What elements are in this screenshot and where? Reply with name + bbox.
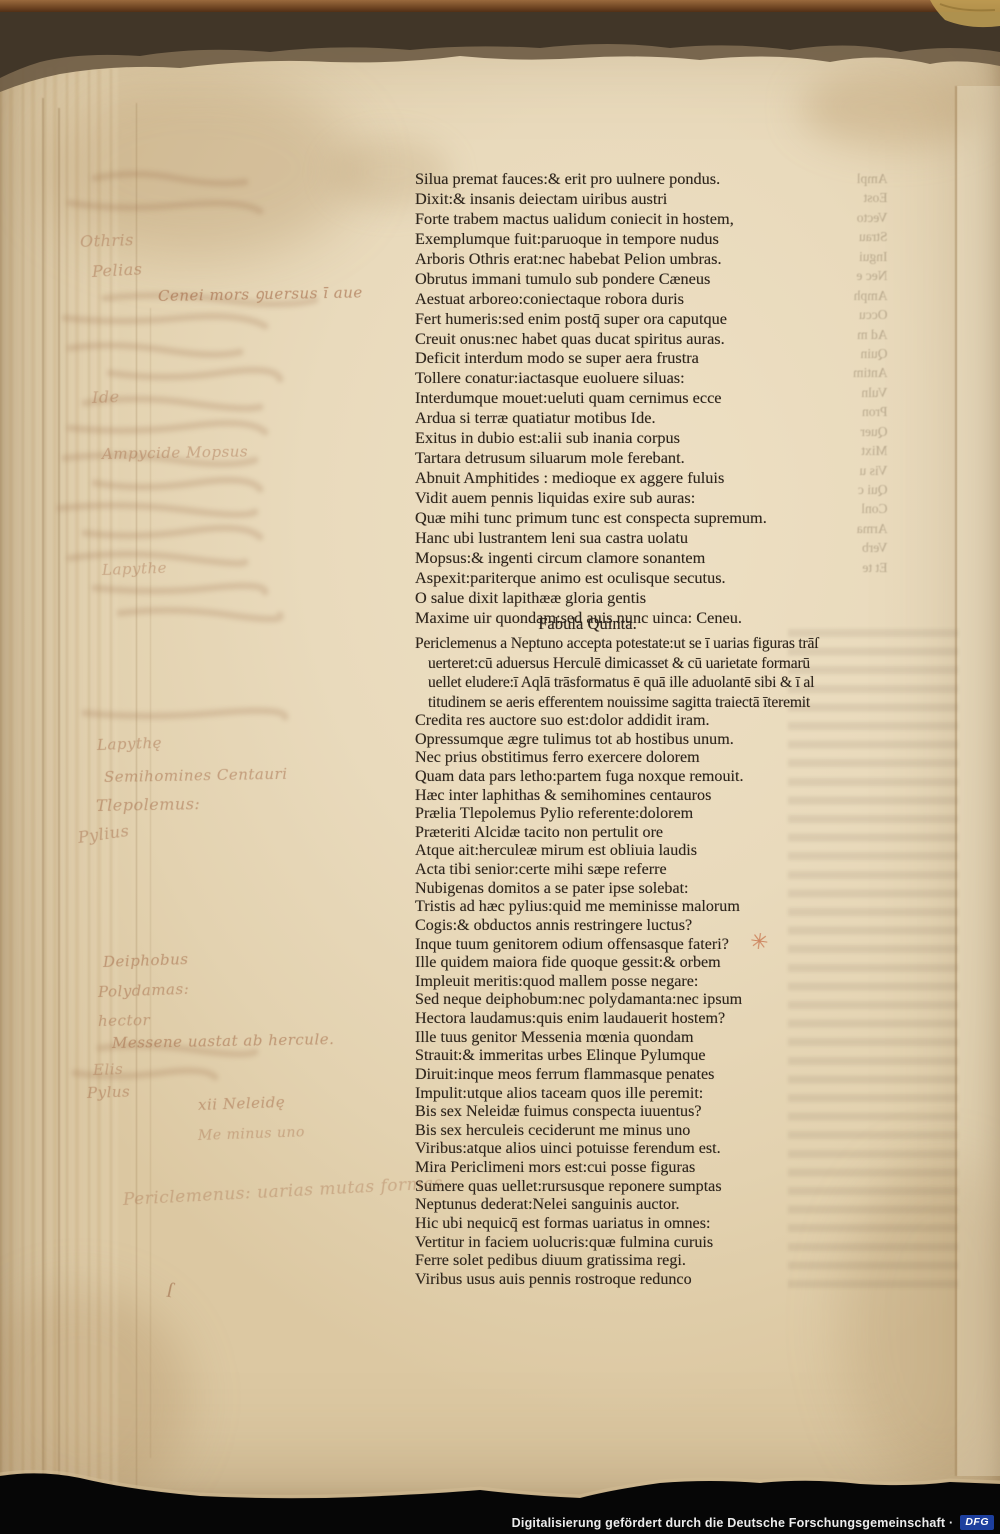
- digitization-footer: Digitalisierung gefördert durch die Deut…: [512, 1515, 994, 1530]
- verse-line: Quam data pars letho:partem fuga noxque …: [415, 768, 743, 787]
- verse-line: Forte trabem mactus ualidum coniecit in …: [415, 209, 767, 229]
- marginalia-note: Ampycide Mopsus: [102, 442, 248, 463]
- marginalia-note: hector: [98, 1011, 150, 1030]
- marginalia-note: Lapythę: [97, 734, 163, 754]
- verse-line: Hectora laudamus:quis enim laudauerit ho…: [415, 1010, 743, 1029]
- verse-line: Diruit:inque meos ferrum flammasque pena…: [415, 1066, 743, 1085]
- showthrough-fragment: Strau: [853, 229, 888, 248]
- printed-verse-block-2: Credita res auctore suo est:dolor addidi…: [415, 712, 743, 1289]
- verse-line: Mopsus:& ingenti circum clamore sonantem: [415, 548, 767, 568]
- verse-line: Interdumque mouet:ueluti quam cernimus e…: [415, 388, 767, 408]
- printed-verse-block-1: Silua premat fauces:& erit pro uulnere p…: [415, 169, 767, 628]
- prose-line: uerteret:cū aduersus Herculē dimicasset …: [428, 654, 818, 674]
- marginalia-note: Semihomines Centauri: [104, 765, 288, 786]
- verse-line: Inque tuum genitorem odium offensasque f…: [415, 936, 743, 955]
- showthrough-fragment: Antim: [853, 365, 888, 384]
- verse-line: Mira Periclimeni mors est:cui posse figu…: [415, 1159, 743, 1178]
- verse-line: Cogis:& obductos annis restringere luctu…: [415, 917, 743, 936]
- marginalia-note: Othris: [80, 230, 134, 251]
- verse-line: Tollere conatur:iactasque euoluere silua…: [415, 368, 767, 388]
- verse-line: Bis sex Neleidæ fuimus conspecta iuuentu…: [415, 1103, 743, 1122]
- marginalia-note: Periclemenus: uarias mutas formas: [122, 1173, 443, 1210]
- showthrough-fragment: Ampl: [853, 171, 888, 190]
- verse-line: Quæ mihi tunc primum tunc est conspecta …: [415, 508, 767, 528]
- verse-line: Dixit:& insanis deiectam uiribus austri: [415, 189, 767, 209]
- verse-line: Hanc ubi lustrantem leni sua castra uola…: [415, 528, 767, 548]
- verse-line: Impleuit meritis:quod mallem posse negar…: [415, 973, 743, 992]
- verse-line: Aestuat arboreo:coniectaque robora duris: [415, 289, 767, 309]
- marginalia-note: Polydamas:: [98, 980, 190, 1001]
- verse-line: Exitus in dubio est:alii sub inania corp…: [415, 428, 767, 448]
- printed-prose-block: Periclemenus a Neptuno accepta potestate…: [415, 634, 818, 712]
- showthrough-fragment: Et te: [853, 560, 888, 579]
- verse-line: Impulit:utque alios taceam quos ille per…: [415, 1085, 743, 1104]
- marginalia-note: Lapythe: [102, 559, 168, 579]
- underlying-leaf: [957, 86, 1000, 1476]
- showthrough-fragment: Verb: [853, 540, 888, 559]
- verse-line: Prælia Tlepolemus Pylio referente:dolore…: [415, 805, 743, 824]
- verse-line: Acta tibi senior:certe mihi sæpe referre: [415, 861, 743, 880]
- showthrough-fragment: Quer: [853, 424, 888, 443]
- paper-crease: [42, 98, 44, 1488]
- dfg-logo: DFG: [960, 1515, 994, 1530]
- showthrough-fragment: Vuln: [853, 385, 888, 404]
- marginalia-note: Deiphobus: [103, 950, 189, 971]
- marginalia-note: Pelias: [92, 259, 143, 281]
- showthrough-fragment: Vecto: [853, 210, 888, 229]
- verse-line: Strauit:& immeritas urbes Elinque Pylumq…: [415, 1047, 743, 1066]
- verse-line: Sed neque deiphobum:nec polydamanta:nec …: [415, 991, 743, 1010]
- verse-line: Præteriti Alcidæ tacito non pertulit ore: [415, 824, 743, 843]
- verse-line: Hic ubi nequicq̄ est formas uariatus in …: [415, 1215, 743, 1234]
- paper-crease: [150, 308, 151, 1458]
- marginalia-note: Elis: [93, 1060, 124, 1079]
- verse-line: Neptunus dederat:Nelei sanguinis auctor.: [415, 1196, 743, 1215]
- verse-line: Nubigenas domitos a se pater ipse soleba…: [415, 880, 743, 899]
- book-page: Silua premat fauces:& erit pro uulnere p…: [0, 8, 1000, 1504]
- verse-line: Ardua si terræ quatiatur motibus Ide.: [415, 408, 767, 428]
- verse-line: Vidit auem pennis liquidas exire sub aur…: [415, 488, 767, 508]
- verse-line: Tristis ad hæc pylius:quid me meminisse …: [415, 898, 743, 917]
- verse-line: Fert humeris:sed enim postq̄ super ora c…: [415, 309, 767, 329]
- prose-line: Periclemenus a Neptuno accepta potestate…: [415, 634, 818, 654]
- paper-crease: [58, 108, 60, 1488]
- marginalia-note: Messene uastat ab hercule.: [112, 1030, 335, 1052]
- showthrough-fragment: Quin: [853, 346, 888, 365]
- showthrough-fragment: Nec e: [853, 268, 888, 287]
- showthrough-fragment: Ad m: [853, 327, 888, 346]
- verse-line: Tartara detrusum siluarum mole ferebant.: [415, 448, 767, 468]
- verse-line: Silua premat fauces:& erit pro uulnere p…: [415, 169, 767, 189]
- marginalia-note: Cenei mors ꝯuersus ī aue: [158, 282, 363, 306]
- verse-line: Deficit interdum modo se super aera frus…: [415, 348, 767, 368]
- verse-line: O salue dixit lapithææ gloria gentis: [415, 588, 767, 608]
- verse-line: Sumere quas uellet:rursusque reponere su…: [415, 1178, 743, 1197]
- marginalia-note: xii Neleidę: [198, 1093, 286, 1114]
- marginalia-note: Ide: [92, 387, 120, 407]
- verse-line: Atque ait:herculeæ mirum est obliuia lau…: [415, 842, 743, 861]
- prose-line: titudinem se aeris efferentem nouissime …: [428, 693, 818, 713]
- verse-line: Ille tuus genitor Messenia mœnia quondam: [415, 1029, 743, 1048]
- verse-line: Credita res auctore suo est:dolor addidi…: [415, 712, 743, 731]
- verse-line: Ille quidem maiora fide quoque gessit:& …: [415, 954, 743, 973]
- showthrough-fragment: Mixt: [853, 443, 888, 462]
- showthrough-fragment: Occu: [853, 307, 888, 326]
- verse-line: Arboris Othris erat:nec habebat Pelion u…: [415, 249, 767, 269]
- showthrough-fragment: Eost: [853, 190, 888, 209]
- ink-squiggle-mark: ſ: [164, 1278, 175, 1304]
- red-asterisk-mark: ✳: [748, 928, 770, 956]
- showthrough-text-column: AmplEostVectoStrauInguiNec eAmphOccuAd m…: [853, 171, 888, 579]
- showthrough-fragment: Amph: [853, 288, 888, 307]
- verse-line: Ferre solet pedibus diuum gratissima reg…: [415, 1252, 743, 1271]
- prose-line: uellet eludere:ī Aqlā trāsformatus ē quā…: [428, 673, 818, 693]
- verse-line: Aspexit:pariterque animo est oculisque s…: [415, 568, 767, 588]
- verse-line: Bis sex herculeis ceciderunt me minus un…: [415, 1122, 743, 1141]
- showthrough-fragment: Ingui: [853, 249, 888, 268]
- verse-line: Abnuit Amphitides : medioque ex aggere f…: [415, 468, 767, 488]
- marginalia-note: Tlepolemus:: [96, 794, 201, 815]
- showthrough-fragment: Conl: [853, 501, 888, 520]
- showthrough-fragment: Arma: [853, 521, 888, 540]
- verse-line: Obrutus immani tumulo sub pondere Cæneus: [415, 269, 767, 289]
- verse-line: Viribus:atque alios uinci potuisse feren…: [415, 1140, 743, 1159]
- footer-credit-text: Digitalisierung gefördert durch die Deut…: [512, 1516, 954, 1530]
- showthrough-fragment: Vis u: [853, 463, 888, 482]
- verse-line: Opressumque ægre tulimus tot ab hostibus…: [415, 731, 743, 750]
- verse-line: Viribus usus auis pennis rostroque redun…: [415, 1271, 743, 1290]
- marginalia-note: Me minus uno: [198, 1124, 305, 1144]
- section-heading: Fabula Quinta.: [415, 614, 760, 634]
- verse-line: Exemplumque fuit:paruoque in tempore nud…: [415, 229, 767, 249]
- showthrough-fragment: Pron: [853, 404, 888, 423]
- verse-line: Vertitur in faciem uolucris:quæ fulmina …: [415, 1234, 743, 1253]
- verse-line: Nec prius obstitimus ferro exercere dolo…: [415, 749, 743, 768]
- ink-showthrough-area: [788, 628, 958, 1288]
- showthrough-fragment: Qui c: [853, 482, 888, 501]
- verse-line: Creuit onus:nec habet quas ducat spiritu…: [415, 329, 767, 349]
- marginalia-note: Pylus: [87, 1082, 131, 1101]
- verse-line: Hæc inter laphithas & semihomines centau…: [415, 787, 743, 806]
